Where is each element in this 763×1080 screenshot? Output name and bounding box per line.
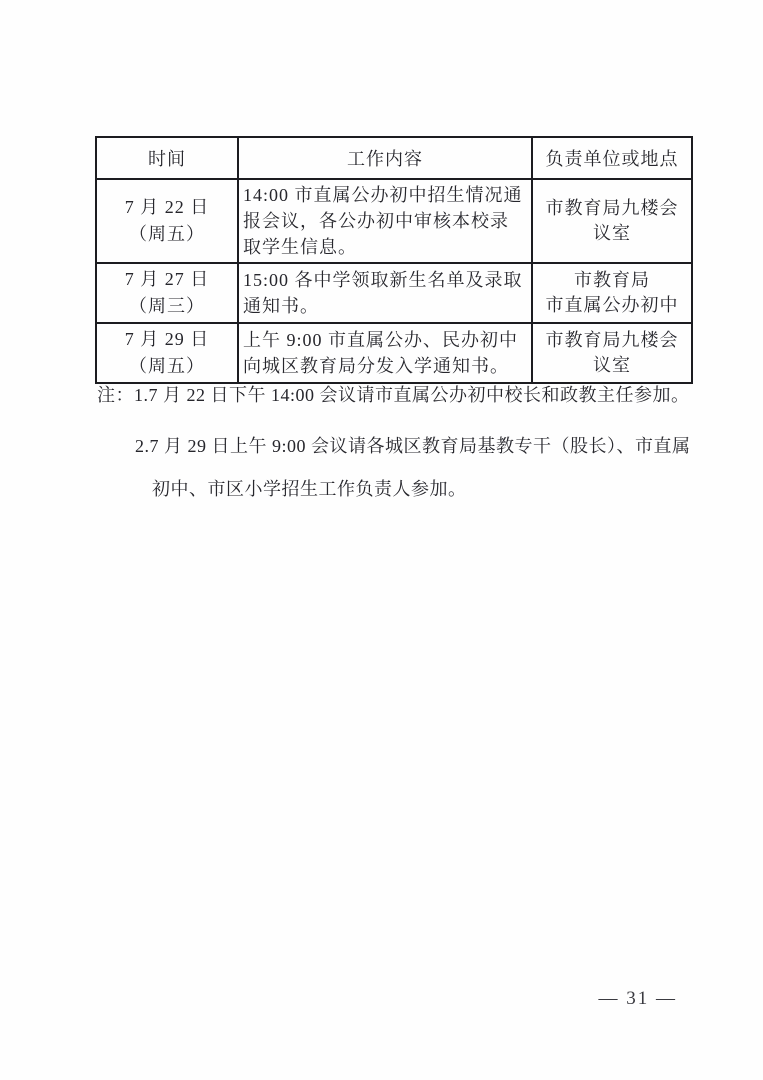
date-text: 7 月 27 日: [101, 266, 233, 293]
schedule-table: 时间 工作内容 负责单位或地点 7 月 22 日 （周五） 14:00 市直属公…: [95, 136, 693, 384]
note-item-1: 注：1.7 月 22 日下午 14:00 会议请市直属公办初中校长和政教主任参加…: [97, 382, 687, 408]
col-header-location: 负责单位或地点: [532, 137, 692, 179]
weekday-text: （周五）: [101, 221, 233, 248]
table-header-row: 时间 工作内容 负责单位或地点: [96, 137, 692, 179]
content-cell: 上午 9:00 市直属公办、民办初中向城区教育局分发入学通知书。: [238, 323, 532, 383]
location-cell: 市教育局九楼会议室: [532, 179, 692, 263]
content-cell: 14:00 市直属公办初中招生情况通报会议，各公办初中审核本校录取学生信息。: [238, 179, 532, 263]
note-item-2: 2.7 月 29 日上午 9:00 会议请各城区教育局基教专干（股长）、市直属初…: [135, 425, 698, 511]
page-number: — 31 —: [599, 988, 678, 1010]
schedule-table-container: 时间 工作内容 负责单位或地点 7 月 22 日 （周五） 14:00 市直属公…: [95, 136, 691, 384]
date-text: 7 月 22 日: [101, 194, 233, 221]
time-cell: 7 月 22 日 （周五）: [96, 179, 238, 263]
table-row: 7 月 22 日 （周五） 14:00 市直属公办初中招生情况通报会议，各公办初…: [96, 179, 692, 263]
col-header-time: 时间: [96, 137, 238, 179]
document-page: 时间 工作内容 负责单位或地点 7 月 22 日 （周五） 14:00 市直属公…: [0, 0, 763, 1080]
location-line: 市教育局: [537, 268, 687, 293]
notes-section: 注：1.7 月 22 日下午 14:00 会议请市直属公办初中校长和政教主任参加…: [97, 382, 687, 511]
content-cell: 15:00 各中学领取新生名单及录取通知书。: [238, 263, 532, 323]
time-cell: 7 月 29 日 （周五）: [96, 323, 238, 383]
time-cell: 7 月 27 日 （周三）: [96, 263, 238, 323]
location-cell: 市教育局九楼会议室: [532, 323, 692, 383]
weekday-text: （周五）: [101, 353, 233, 380]
table-row: 7 月 27 日 （周三） 15:00 各中学领取新生名单及录取通知书。 市教育…: [96, 263, 692, 323]
weekday-text: （周三）: [101, 293, 233, 320]
col-header-content: 工作内容: [238, 137, 532, 179]
location-line: 市直属公办初中: [537, 293, 687, 318]
date-text: 7 月 29 日: [101, 326, 233, 353]
location-cell: 市教育局 市直属公办初中: [532, 263, 692, 323]
table-row: 7 月 29 日 （周五） 上午 9:00 市直属公办、民办初中向城区教育局分发…: [96, 323, 692, 383]
